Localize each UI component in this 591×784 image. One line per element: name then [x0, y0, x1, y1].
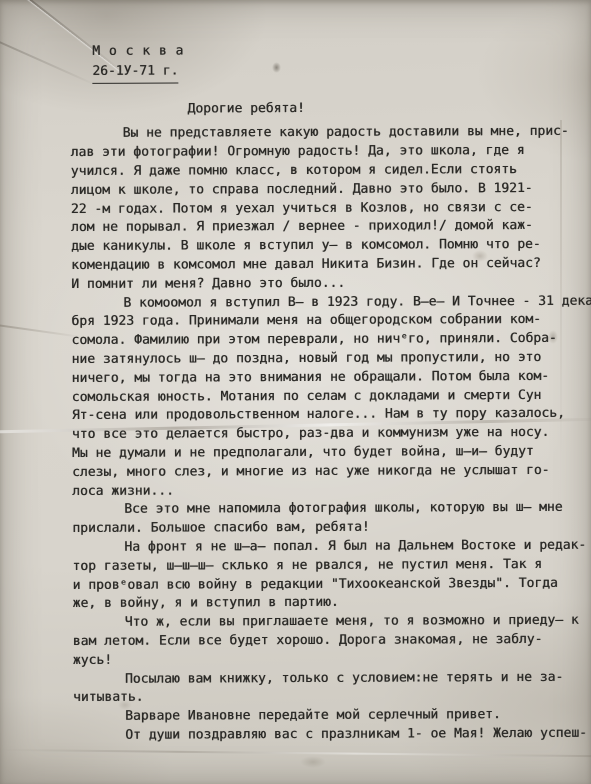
paragraph: Что ж, если вы приглашаете меня, то я во…: [73, 612, 591, 671]
paper-crease-bottom: [0, 749, 591, 757]
letter-line: Мы не думали и не предполагали, что буде…: [72, 443, 591, 464]
letter-line: лоса жизни...: [72, 480, 591, 501]
letter-line: лав эти фотографии! Огромную радость! Да…: [71, 142, 591, 163]
letter-line: ние затянулось ш̶ до поздна, новый год м…: [72, 349, 591, 370]
letter-line: слезы, много слез, и многие из нас уже н…: [72, 461, 591, 482]
letter-line: Посылаю вам книжку, только с условием:не…: [73, 668, 591, 689]
letter-line: учился. Я даже помню класс, в котором я …: [71, 161, 591, 182]
paper-stain: [300, 756, 326, 768]
letter-line: прислали. Большое спасибо вам, ребята!: [72, 518, 591, 539]
letter-line: 22 -м годах. Потом я уехал учиться в Коз…: [71, 198, 591, 219]
scanned-letter-page: М о с к в а 26-1У-71 г. Дорогие ребята! …: [0, 0, 591, 784]
letter-line: Ят-сена или продовольственном налоге... …: [72, 405, 591, 426]
letter-date: 26-1У-71 г.: [92, 62, 178, 83]
letter-line: лом не порывал. Я приезжал / вернее - пр…: [71, 217, 591, 238]
letter-line: Что ж, если вы приглашаете меня, то я во…: [73, 612, 591, 633]
paragraph: Все это мне напомила фотография школы, к…: [72, 499, 591, 539]
letter-line: комендацию в комсомол мне давал Никита Б…: [71, 255, 591, 276]
letter-line: дые каникулы. В школе я вступил у̶ в ком…: [71, 236, 591, 257]
letter-line: Варваре Ивановне передайте мой серлечный…: [73, 706, 591, 727]
letter-line: сомольская юность. Мотания по селам с до…: [72, 386, 591, 407]
letter-body: Вы не представляете какую радость достав…: [71, 123, 591, 746]
letter-line: сомола. Фамилию при этом переврали, но н…: [71, 330, 591, 351]
paragraph: Варваре Ивановне передайте мой серлечный…: [73, 706, 591, 727]
letter-line: бря 1923 года. Принимали меня на общегор…: [71, 311, 591, 332]
letter-line: Вы не представляете какую радость достав…: [71, 123, 591, 144]
letter-line: что все это делается быстро, раз-два и к…: [72, 424, 591, 445]
letter-line: вам летом. Если все будет хорошо. Дорога…: [73, 631, 591, 652]
letter-line: читывать.: [73, 687, 591, 708]
letter-text: М о с к в а 26-1У-71 г. Дорогие ребята! …: [0, 0, 591, 746]
letter-line: тор газеты, ш̶ш̶ш̶ склько я не рвался, н…: [72, 555, 591, 576]
letter-line: От души поздравляю вас с празлникам 1- о…: [73, 725, 591, 746]
paragraph: В комоомол я вступил В̶ в 1923 году. В̶е…: [71, 292, 591, 501]
paragraph: Вы не представляете какую радость достав…: [71, 123, 591, 294]
letter-line: И помнит ли меня? Давно это было...: [71, 273, 591, 294]
paragraph: Посылаю вам книжку, только с условием:не…: [73, 668, 591, 708]
paragraph: На фронт я не ш̶а̶ попал. Я был на Дальн…: [72, 537, 591, 614]
letter-line: лицом к школе, то справа последний. Давн…: [71, 179, 591, 200]
letter-line: В комоомол я вступил В̶ в 1923 году. В̶е…: [71, 292, 591, 313]
letter-line: ничего, мы тогда на это внимания не обра…: [72, 367, 591, 388]
letter-city: М о с к в а: [92, 41, 591, 62]
letter-salutation: Дорогие ребята!: [187, 98, 591, 119]
letter-line: Все это мне напомила фотография школы, к…: [72, 499, 591, 520]
letter-line: и провᵉовал всю войну в редакции "Тихоок…: [73, 574, 591, 595]
paragraph: От души поздравляю вас с празлникам 1- о…: [73, 725, 591, 746]
letter-line: На фронт я не ш̶а̶ попал. Я был на Дальн…: [72, 537, 591, 558]
letter-line: же, в войну, я и вступил в партию.: [73, 593, 591, 614]
letter-line: жусь!: [73, 649, 591, 670]
